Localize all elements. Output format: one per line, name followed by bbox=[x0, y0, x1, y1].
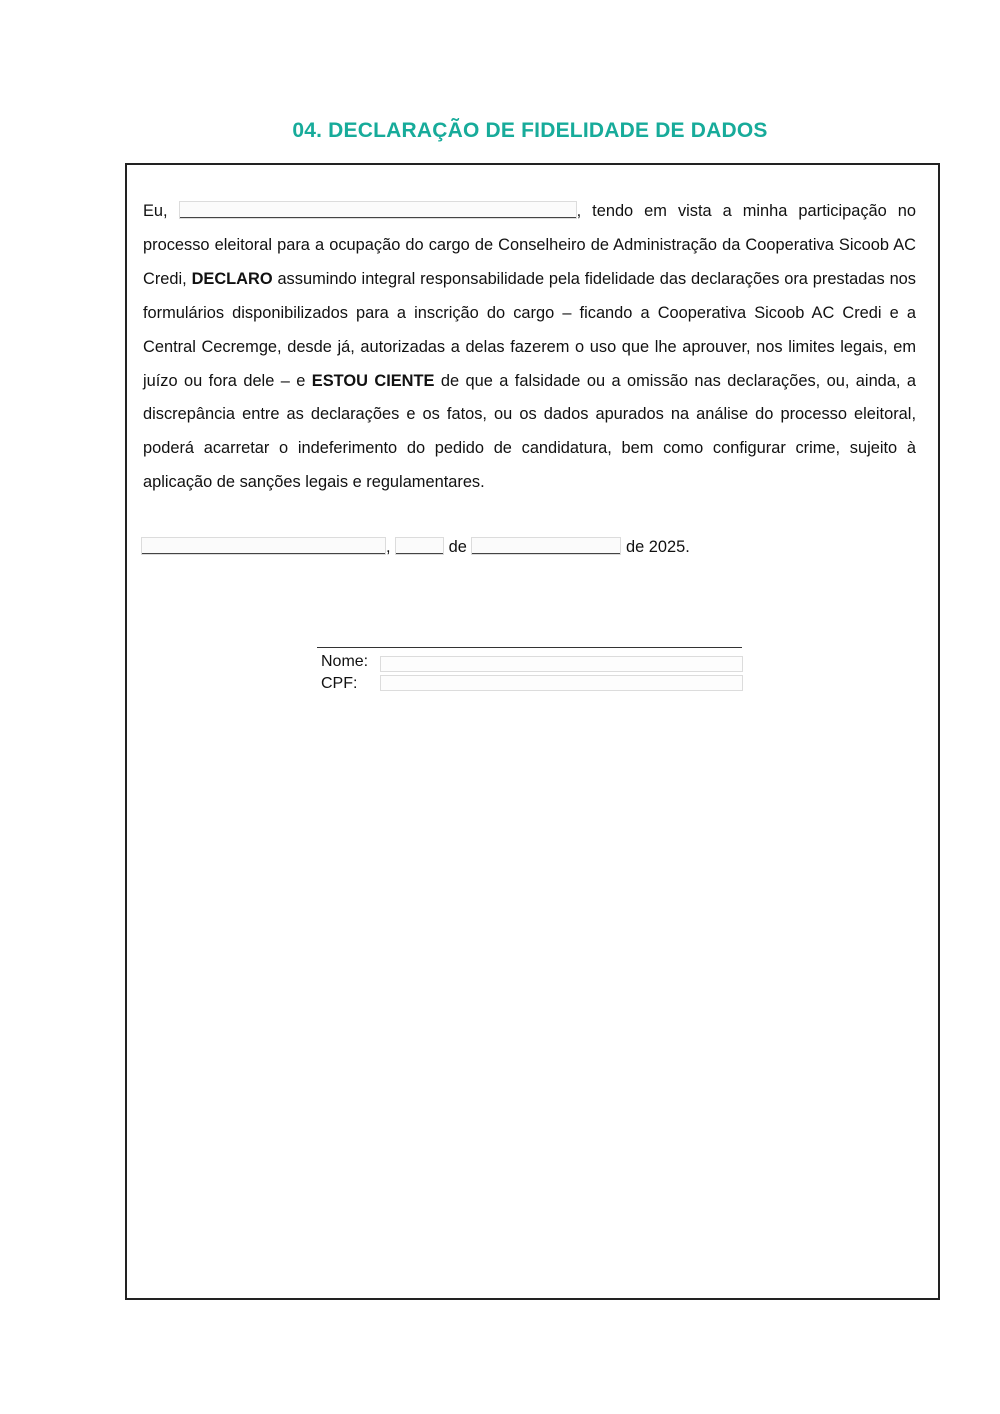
day-field[interactable] bbox=[395, 537, 444, 555]
city-field-underline bbox=[142, 553, 385, 554]
nome-label: Nome: bbox=[321, 653, 368, 671]
name-field[interactable] bbox=[179, 201, 577, 219]
cpf-label: CPF: bbox=[321, 675, 357, 693]
declaro-bold: DECLARO bbox=[192, 270, 273, 288]
month-field-underline bbox=[472, 553, 620, 554]
declaration-prefix: Eu, bbox=[143, 202, 179, 220]
document-title: 04. DECLARAÇÃO DE FIDELIDADE DE DADOS bbox=[0, 119, 1000, 143]
signature-line bbox=[317, 647, 742, 648]
date-comma: , bbox=[386, 538, 395, 556]
day-field-underline bbox=[396, 553, 443, 554]
date-year-suffix: de 2025. bbox=[621, 538, 689, 556]
name-field-underline bbox=[180, 217, 576, 218]
place-date-line: , de de 2025. bbox=[141, 537, 690, 557]
declaration-paragraph: Eu, , tendo em vista a minha participaçã… bbox=[143, 195, 916, 500]
city-field[interactable] bbox=[141, 537, 386, 555]
date-de-label: de bbox=[444, 538, 471, 556]
cpf-field[interactable] bbox=[380, 675, 743, 691]
month-field[interactable] bbox=[471, 537, 621, 555]
nome-field[interactable] bbox=[380, 656, 743, 672]
estou-ciente-bold: ESTOU CIENTE bbox=[312, 372, 435, 390]
